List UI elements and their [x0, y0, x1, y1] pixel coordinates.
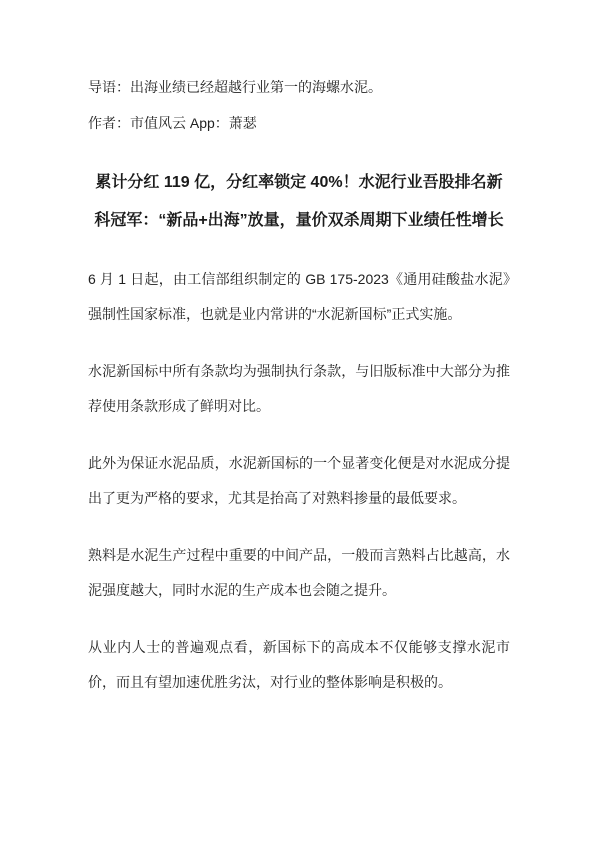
author-line: 作者：市值风云 App：萧瑟	[88, 105, 510, 141]
paragraph-industry-view: 从业内人士的普遍观点看，新国标下的高成本不仅能够支撑水泥市价，而且有望加速优胜劣…	[88, 630, 510, 700]
document-page: 导语：出海业绩已经超越行业第一的海螺水泥。 作者：市值风云 App：萧瑟 累计分…	[0, 0, 595, 841]
paragraph-stricter-composition: 此外为保证水泥品质，水泥新国标的一个显著变化便是对水泥成分提出了更为严格的要求，…	[88, 446, 510, 516]
paragraph-new-standard-effective: 6 月 1 日起，由工信部组织制定的 GB 175-2023《通用硅酸盐水泥》强…	[88, 262, 510, 332]
lede-line: 导语：出海业绩已经超越行业第一的海螺水泥。	[88, 69, 510, 105]
article-title: 累计分红 119 亿，分红率锁定 40%！水泥行业吾股排名新科冠军：“新品+出海…	[88, 164, 510, 240]
paragraph-mandatory-clauses: 水泥新国标中所有条款均为强制执行条款，与旧版标准中大部分为推荐使用条款形成了鲜明…	[88, 354, 510, 424]
paragraph-clinker-explanation: 熟料是水泥生产过程中重要的中间产品，一般而言熟料占比越高，水泥强度越大，同时水泥…	[88, 538, 510, 608]
